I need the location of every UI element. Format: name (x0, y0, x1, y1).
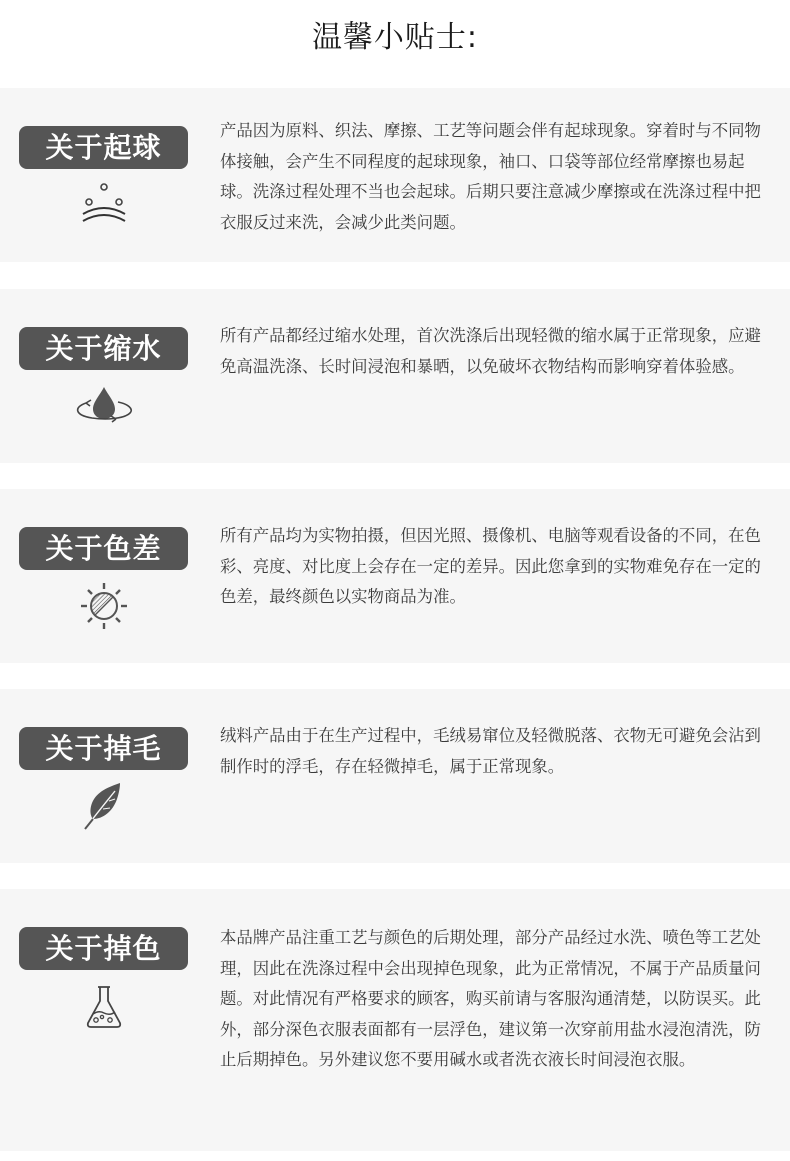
tip-panel-shedding: 关于掉毛 绒料产品由于在生产过程中，毛绒易窜位及轻微脱落、衣物无可避免会沾到制作… (0, 689, 790, 863)
pilling-icon (69, 180, 139, 230)
tip-badge: 关于掉毛 (19, 727, 188, 770)
tip-badge: 关于色差 (19, 527, 188, 570)
flask-icon (69, 985, 139, 1035)
tip-description: 产品因为原料、织法、摩擦、工艺等问题会伴有起球现象。穿着时与不同物体接触，会产生… (220, 116, 772, 238)
tip-description: 所有产品均为实物拍摄，但因光照、摄像机、电脑等观看设备的不同，在色彩、亮度、对比… (220, 521, 772, 613)
sun-brightness-icon (69, 581, 139, 631)
tip-panel-shrinkage: 关于缩水 所有产品都经过缩水处理，首次洗涤后出现轻微的缩水属于正常现象，应避免高… (0, 289, 790, 463)
tip-badge: 关于起球 (19, 126, 188, 169)
page-title: 温馨小贴士: (0, 18, 790, 58)
tip-description: 所有产品都经过缩水处理，首次洗涤后出现轻微的缩水属于正常现象，应避免高温洗涤、长… (220, 321, 772, 382)
tip-panel-color-difference: 关于色差 所有产品均为实物拍摄，但因光照、摄像 (0, 489, 790, 663)
tip-badge: 关于掉色 (19, 927, 188, 970)
tip-panel-fading: 关于掉色 本品牌产品注重工艺与颜色的后期处理，部分产品经过水洗、喷色等工艺处理，… (0, 889, 790, 1151)
tip-badge: 关于缩水 (19, 327, 188, 370)
tip-panel-pilling: 关于起球 产品因为原料、织法、摩擦、工艺等问题会伴有起球现象。穿着时与不同物体接… (0, 88, 790, 262)
tip-description: 本品牌产品注重工艺与颜色的后期处理，部分产品经过水洗、喷色等工艺处理，因此在洗涤… (220, 923, 772, 1076)
water-drop-rotate-icon (69, 385, 139, 435)
tip-description: 绒料产品由于在生产过程中，毛绒易窜位及轻微脱落、衣物无可避免会沾到制作时的浮毛，… (220, 721, 772, 782)
feather-icon (69, 781, 139, 831)
